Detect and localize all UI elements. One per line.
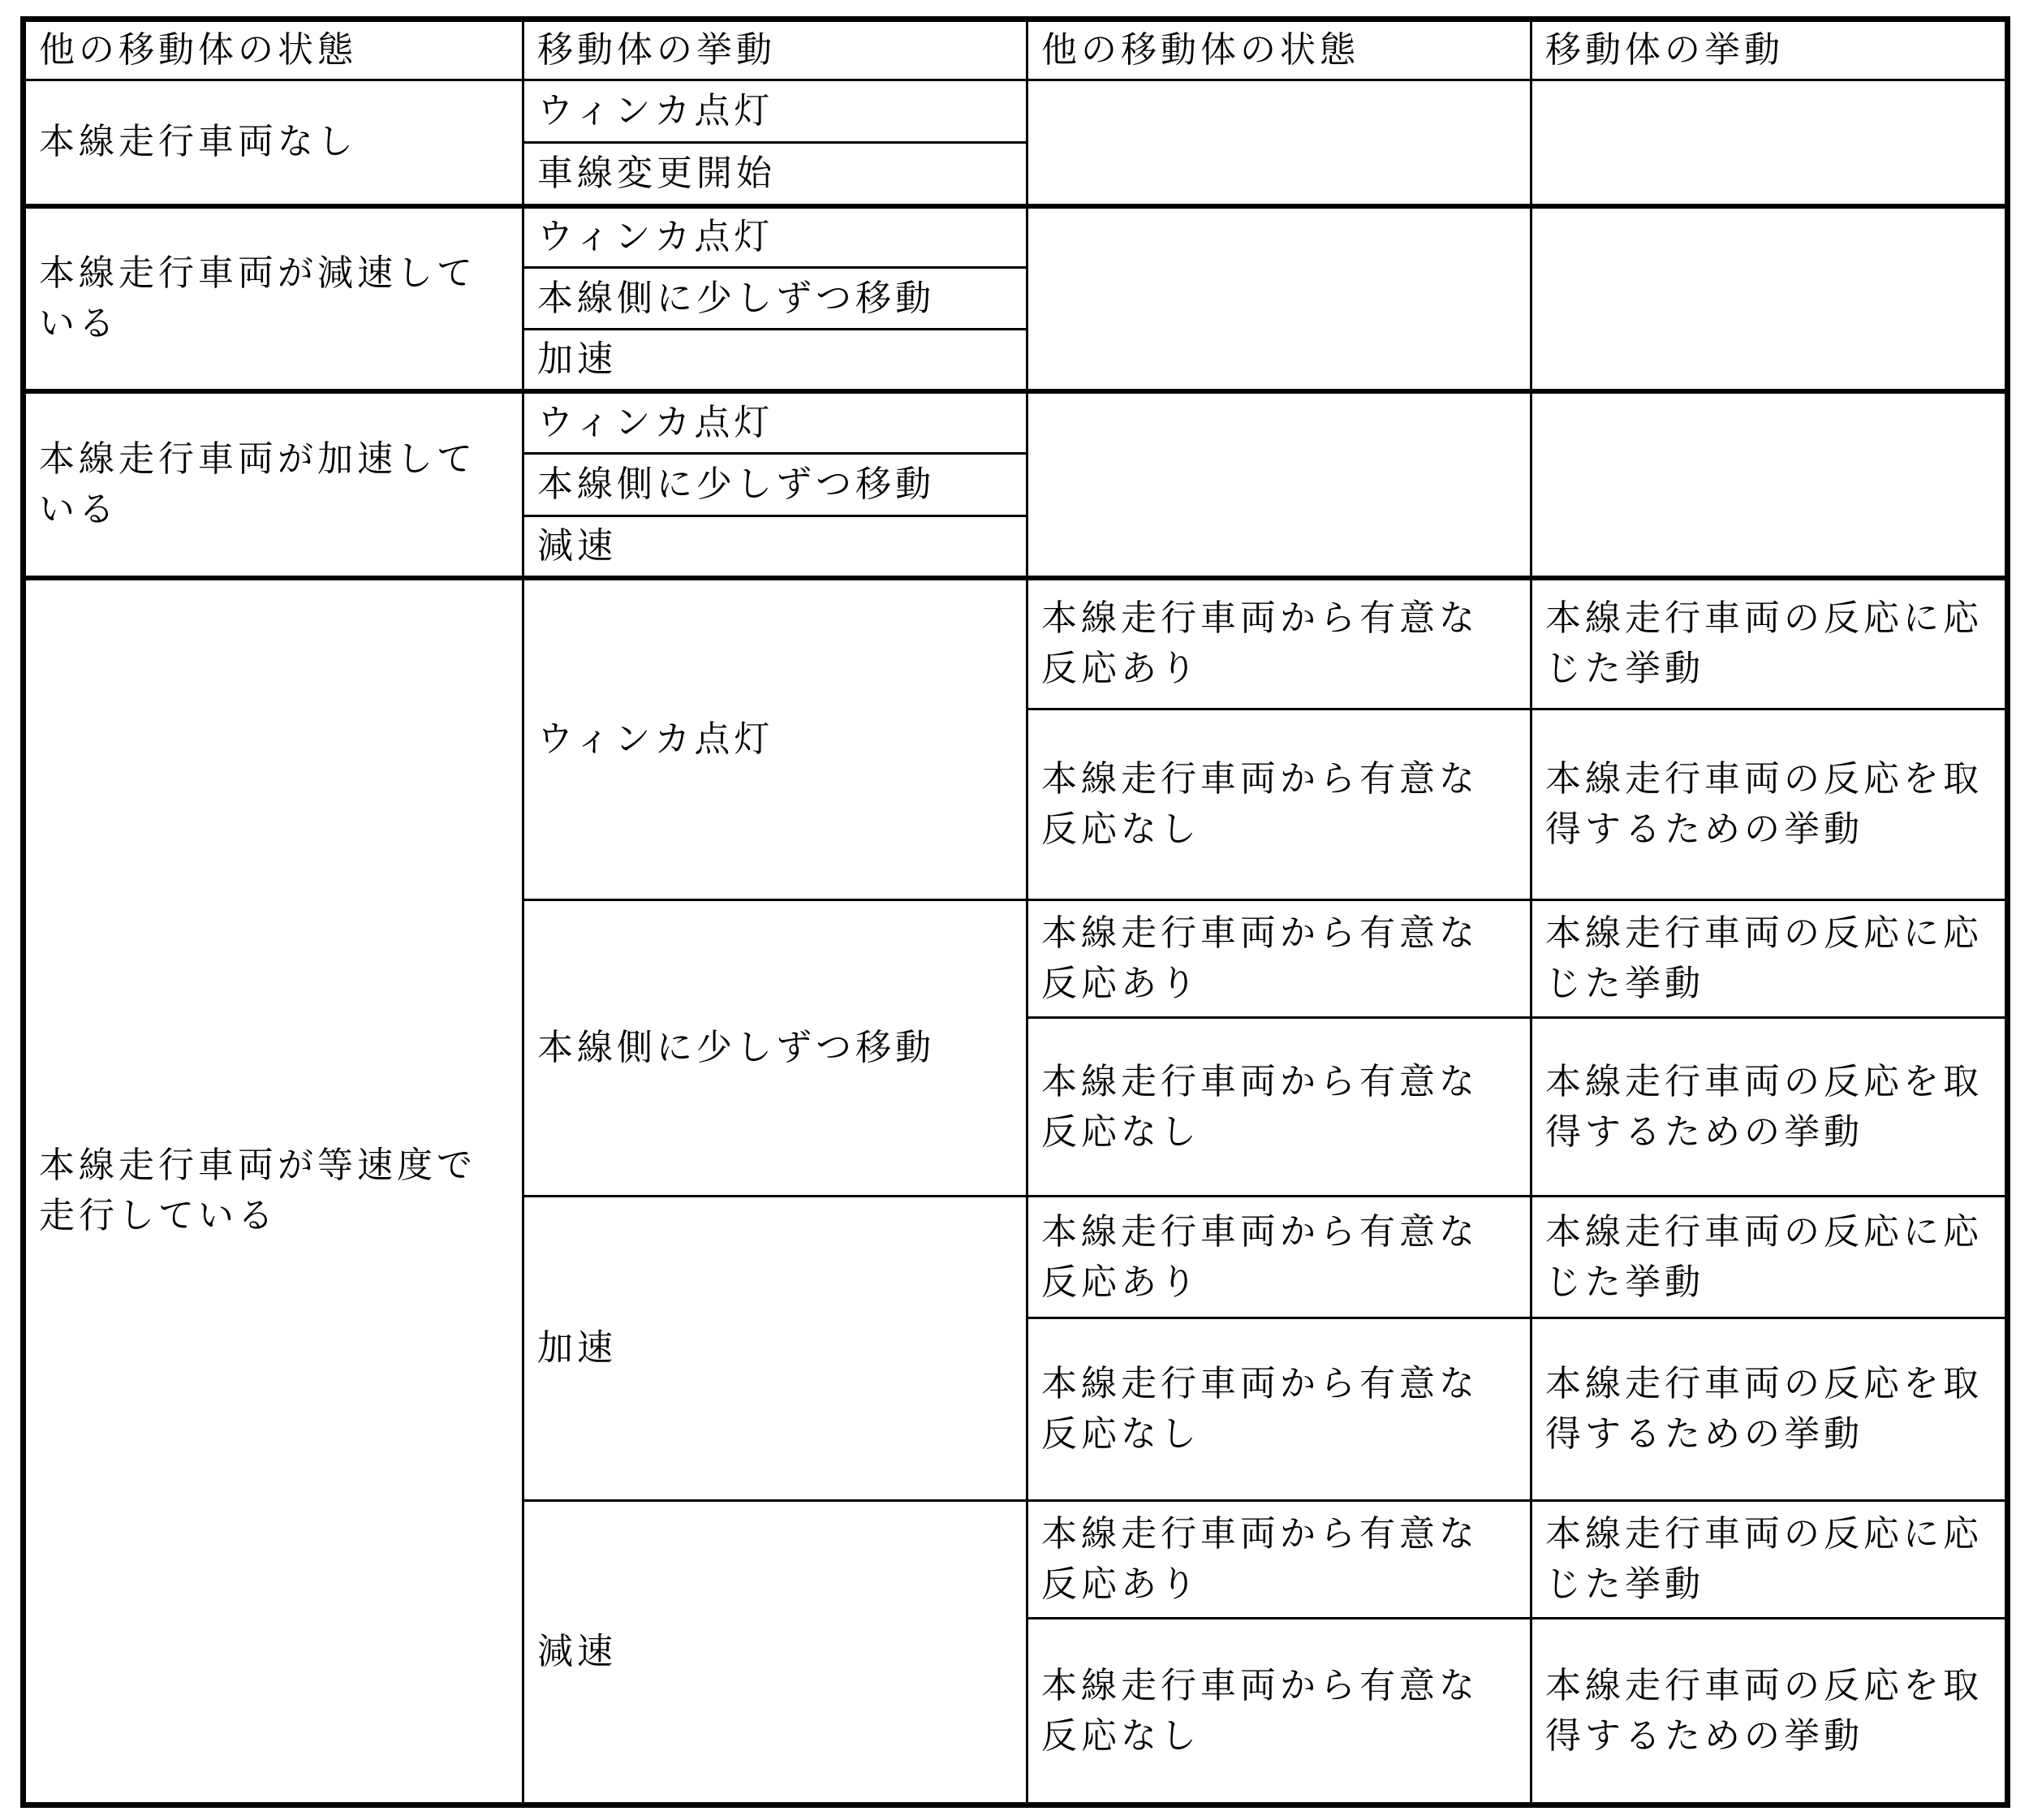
response-cell: 本線走行車両の反応に応 じた挙動 [1531, 900, 2008, 1018]
empty-response-cell [1531, 206, 2008, 391]
reaction-state-cell: 本線走行車両から有意な 反応あり [1027, 900, 1531, 1018]
reaction-state-cell: 本線走行車両から有意な 反応なし [1027, 1318, 1531, 1501]
reaction-state-cell: 本線走行車両から有意な 反応なし [1027, 1018, 1531, 1197]
reaction-state-cell: 本線走行車両から有意な 反応あり [1027, 578, 1531, 709]
behavior-cell: ウィンカ点灯 [523, 80, 1027, 143]
empty-other-state-cell [1027, 206, 1531, 391]
behavior-cell: 本線側に少しずつ移動 [523, 268, 1027, 330]
response-cell: 本線走行車両の反応に応 じた挙動 [1531, 578, 2008, 709]
response-cell: 本線走行車両の反応を取 得するための挙動 [1531, 709, 2008, 900]
behavior-cell: 減速 [523, 516, 1027, 578]
state-cell: 本線走行車両が加速して いる [24, 391, 523, 578]
behavior-cell: 加速 [523, 330, 1027, 391]
state-cell: 本線走行車両が減速して いる [24, 206, 523, 391]
response-cell: 本線走行車両の反応に応 じた挙動 [1531, 1501, 2008, 1619]
document-page: 他の移動体の状態 移動体の挙動 他の移動体の状態 移動体の挙動 本線走行車両なし… [0, 0, 2029, 1820]
behavior-cell: 加速 [523, 1197, 1027, 1501]
response-cell: 本線走行車両の反応を取 得するための挙動 [1531, 1619, 2008, 1805]
header-behavior-right: 移動体の挙動 [1531, 19, 2008, 80]
behavior-cell: ウィンカ点灯 [523, 206, 1027, 268]
empty-response-cell [1531, 391, 2008, 578]
header-other-state-right: 他の移動体の状態 [1027, 19, 1531, 80]
header-behavior-left: 移動体の挙動 [523, 19, 1027, 80]
empty-other-state-cell [1027, 80, 1531, 206]
reaction-state-cell: 本線走行車両から有意な 反応あり [1027, 1197, 1531, 1318]
state-cell: 本線走行車両なし [24, 80, 523, 206]
response-cell: 本線走行車両の反応に応 じた挙動 [1531, 1197, 2008, 1318]
header-row: 他の移動体の状態 移動体の挙動 他の移動体の状態 移動体の挙動 [24, 19, 2008, 80]
behavior-cell: 本線側に少しずつ移動 [523, 900, 1027, 1197]
behavior-cell: 本線側に少しずつ移動 [523, 454, 1027, 516]
reaction-state-cell: 本線走行車両から有意な 反応あり [1027, 1501, 1531, 1619]
behavior-cell: ウィンカ点灯 [523, 578, 1027, 900]
behavior-cell: ウィンカ点灯 [523, 391, 1027, 454]
behavior-cell: 減速 [523, 1501, 1027, 1805]
reaction-state-cell: 本線走行車両から有意な 反応なし [1027, 1619, 1531, 1805]
behavior-table: 他の移動体の状態 移動体の挙動 他の移動体の状態 移動体の挙動 本線走行車両なし… [20, 16, 2010, 1808]
behavior-cell: 車線変更開始 [523, 143, 1027, 206]
group1-row1: 本線走行車両なし ウィンカ点灯 [24, 80, 2008, 143]
group3-row1: 本線走行車両が加速して いる ウィンカ点灯 [24, 391, 2008, 454]
empty-response-cell [1531, 80, 2008, 206]
response-cell: 本線走行車両の反応を取 得するための挙動 [1531, 1018, 2008, 1197]
header-other-state-left: 他の移動体の状態 [24, 19, 523, 80]
empty-other-state-cell [1027, 391, 1531, 578]
group4-row1: 本線走行車両が等速度で 走行している ウィンカ点灯 本線走行車両から有意な 反応… [24, 578, 2008, 709]
state-cell: 本線走行車両が等速度で 走行している [24, 578, 523, 1805]
response-cell: 本線走行車両の反応を取 得するための挙動 [1531, 1318, 2008, 1501]
reaction-state-cell: 本線走行車両から有意な 反応なし [1027, 709, 1531, 900]
group2-row1: 本線走行車両が減速して いる ウィンカ点灯 [24, 206, 2008, 268]
